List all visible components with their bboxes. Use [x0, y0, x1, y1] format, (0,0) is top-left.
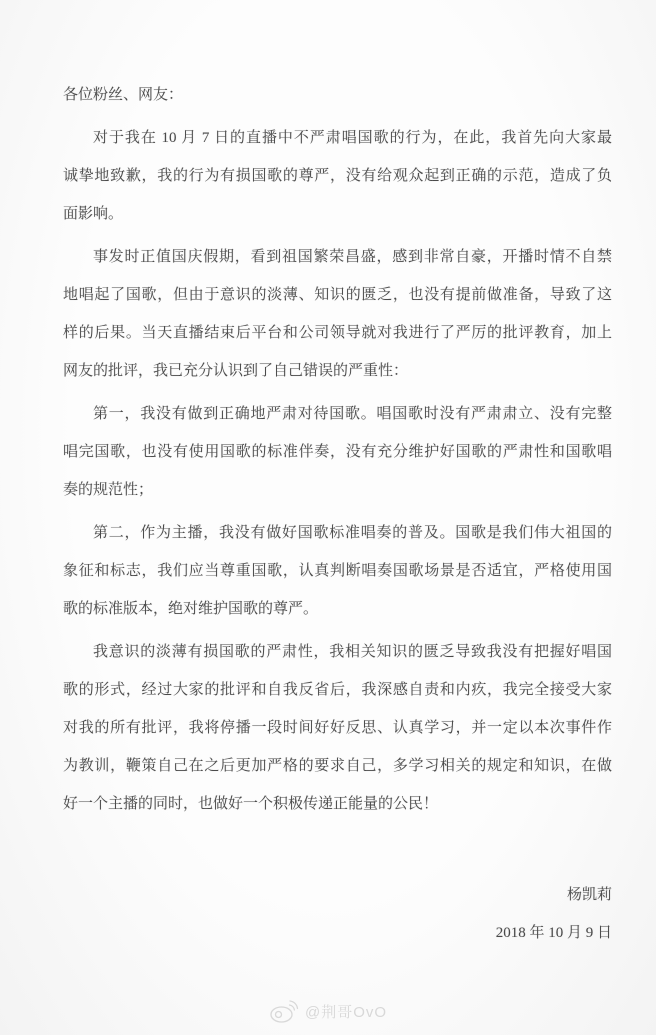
paragraph-line: 对于我在 10 月 7 日的直播中不严肃唱国歌的行为，在此，我首先向大家最: [63, 119, 612, 157]
paragraph-3: 第一，我没有做到正确地严肃对待国歌。唱国歌时没有严肃肃立、没有完整 唱完国歌，也…: [63, 395, 612, 509]
salutation: 各位粉丝、网友：: [63, 76, 612, 114]
paragraph-line: 奏的规范性；: [63, 471, 612, 509]
paragraph-line: 第一，我没有做到正确地严肃对待国歌。唱国歌时没有严肃肃立、没有完整: [63, 395, 612, 433]
paragraph-line: 样的后果。当天直播结束后平台和公司领导就对我进行了严厉的批评教育，加上: [63, 314, 612, 352]
paragraph-line: 我意识的淡薄有损国歌的严肃性，我相关知识的匮乏导致我没有把握好唱国: [63, 633, 612, 671]
paragraph-line: 歌的形式，经过大家的批评和自我反省后，我深感自责和内疚，我完全接受大家: [63, 671, 612, 709]
paragraph-line: 面影响。: [63, 195, 612, 233]
paragraph-line: 地唱起了国歌，但由于意识的淡薄、知识的匮乏，也没有提前做准备，导致了这: [63, 276, 612, 314]
paragraph-line: 为教训，鞭策自己在之后更加严格的要求自己，多学习相关的规定和知识，在做: [63, 747, 612, 785]
apology-letter: 各位粉丝、网友： 对于我在 10 月 7 日的直播中不严肃唱国歌的行为，在此，我…: [0, 0, 656, 952]
paragraph-line: 第二，作为主播，我没有做好国歌标准唱奏的普及。国歌是我们伟大祖国的: [63, 514, 612, 552]
watermark-text: @荆哥OvO: [305, 1001, 387, 1022]
weibo-logo-icon: [269, 998, 299, 1024]
paragraph-4: 第二，作为主播，我没有做好国歌标准唱奏的普及。国歌是我们伟大祖国的 象征和标志，…: [63, 514, 612, 628]
paragraph-1: 对于我在 10 月 7 日的直播中不严肃唱国歌的行为，在此，我首先向大家最 诚挚…: [63, 119, 612, 233]
paragraph-line: 唱完国歌，也没有使用国歌的标准伴奏，没有充分维护好国歌的严肃性和国歌唱: [63, 433, 612, 471]
watermark: @荆哥OvO: [0, 998, 656, 1024]
paragraph-line: 好一个主播的同时，也做好一个积极传递正能量的公民！: [63, 785, 612, 823]
paragraph-line: 歌的标准版本，绝对维护国歌的尊严。: [63, 590, 612, 628]
paragraph-5: 我意识的淡薄有损国歌的严肃性，我相关知识的匮乏导致我没有把握好唱国 歌的形式，经…: [63, 633, 612, 823]
paragraph-line: 对我的所有批评，我将停播一段时间好好反思、认真学习，并一定以本次事件作: [63, 709, 612, 747]
paragraph-line: 事发时正值国庆假期，看到祖国繁荣昌盛，感到非常自豪，开播时情不自禁: [63, 238, 612, 276]
signature-block: 杨凯莉 2018 年 10 月 9 日: [63, 876, 612, 952]
paragraph-line: 网友的批评，我已充分认识到了自己错误的严重性：: [63, 352, 612, 390]
signature-date: 2018 年 10 月 9 日: [63, 914, 612, 952]
paragraph-2: 事发时正值国庆假期，看到祖国繁荣昌盛，感到非常自豪，开播时情不自禁 地唱起了国歌…: [63, 238, 612, 390]
signature-name: 杨凯莉: [63, 876, 612, 914]
paragraph-line: 象征和标志，我们应当尊重国歌，认真判断唱奏国歌场景是否适宜，严格使用国: [63, 552, 612, 590]
paragraph-line: 诚挚地致歉，我的行为有损国歌的尊严，没有给观众起到正确的示范，造成了负: [63, 157, 612, 195]
